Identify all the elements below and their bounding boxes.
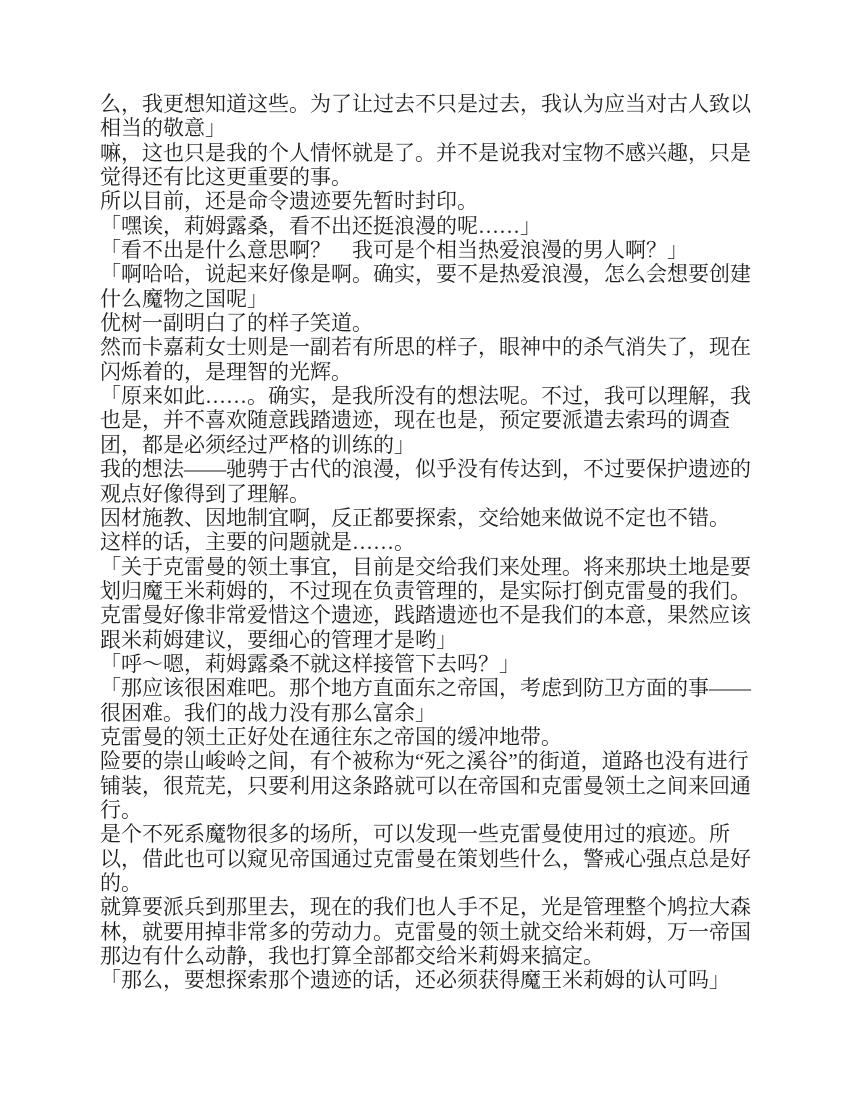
text-line: 团，都是必须经过严格的训练的」 [100, 433, 765, 457]
text-line: 是个不死系魔物很多的场所，可以发现一些克雷曼使用过的痕迹。所 [100, 822, 765, 846]
text-line: 跟米莉姆建议，要细心的管理才是哟」 [100, 628, 765, 652]
text-line: 观点好像得到了理解。 [100, 482, 765, 506]
text-line: 克雷曼好像非常爱惜这个遗迹，践踏遗迹也不是我们的本意，果然应该 [100, 603, 765, 627]
text-line: 觉得还有比这更重要的事。 [100, 165, 765, 189]
text-line: 很困难。我们的战力没有那么富余」 [100, 701, 765, 725]
text-line: 「看不出是什么意思啊？ 我可是个相当热爱浪漫的男人啊？」 [100, 238, 765, 262]
text-line: 就算要派兵到那里去，现在的我们也人手不足，光是管理整个鸠拉大森 [100, 895, 765, 919]
text-line: 「关于克雷曼的领土事宜，目前是交给我们来处理。将来那块土地是要 [100, 555, 765, 579]
text-line: 所以目前，还是命令遗迹要先暂时封印。 [100, 189, 765, 213]
text-line: 「那应该很困难吧。那个地方直面东之帝国，考虑到防卫方面的事—— [100, 676, 765, 700]
text-line: 然而卡嘉莉女士则是一副若有所思的样子，眼神中的杀气消失了，现在 [100, 335, 765, 359]
text-line: 闪烁着的，是理智的光辉。 [100, 360, 765, 384]
text-line: 什么魔物之国呢」 [100, 287, 765, 311]
text-line: 克雷曼的领土正好处在通往东之帝国的缓冲地带。 [100, 725, 765, 749]
text-line: 这样的话，主要的问题就是……。 [100, 530, 765, 554]
text-line: 林，就要用掉非常多的劳动力。克雷曼的领土就交给米莉姆，万一帝国 [100, 920, 765, 944]
text-line: 相当的敬意」 [100, 116, 765, 140]
text-line: 我的想法——驰骋于古代的浪漫，似乎没有传达到，不过要保护遗迹的 [100, 457, 765, 481]
text-line: 险要的崇山峻岭之间，有个被称为“死之溪谷”的街道，道路也没有进行 [100, 749, 765, 773]
text-line: 划归魔王米莉姆的，不过现在负责管理的，是实际打倒克雷曼的我们。 [100, 579, 765, 603]
text-line: 也是，并不喜欢随意践踏遗迹，现在也是，预定要派遣去索玛的调查 [100, 408, 765, 432]
text-line: 嘛，这也只是我的个人情怀就是了。并不是说我对宝物不感兴趣，只是 [100, 141, 765, 165]
text-line: 那边有什么动静，我也打算全部都交给米莉姆来搞定。 [100, 944, 765, 968]
text-line: 「那么，要想探索那个遗迹的话，还必须获得魔王米莉姆的认可吗」 [100, 968, 765, 992]
text-line: 铺装，很荒芜，只要利用这条路就可以在帝国和克雷曼领土之间来回通 [100, 774, 765, 798]
text-block: 么，我更想知道这些。为了让过去不只是过去，我认为应当对古人致以 相当的敬意」 嘛… [100, 92, 765, 993]
document-page: 么，我更想知道这些。为了让过去不只是过去，我认为应当对古人致以 相当的敬意」 嘛… [0, 0, 850, 1100]
text-line: 因材施教、因地制宜啊，反正都要探索，交给她来做说不定也不错。 [100, 506, 765, 530]
text-line: 「嘿诶，莉姆露桑，看不出还挺浪漫的呢……」 [100, 214, 765, 238]
text-line: 「呼～嗯，莉姆露桑不就这样接管下去吗？」 [100, 652, 765, 676]
text-line: 行。 [100, 798, 765, 822]
text-line: 以，借此也可以窥见帝国通过克雷曼在策划些什么，警戒心强点总是好 [100, 847, 765, 871]
text-line: 「啊哈哈，说起来好像是啊。确实，要不是热爱浪漫，怎么会想要创建 [100, 262, 765, 286]
text-line: 「原来如此……。确实，是我所没有的想法呢。不过，我可以理解，我 [100, 384, 765, 408]
text-line: 的。 [100, 871, 765, 895]
text-line: 么，我更想知道这些。为了让过去不只是过去，我认为应当对古人致以 [100, 92, 765, 116]
text-line: 优树一副明白了的样子笑道。 [100, 311, 765, 335]
